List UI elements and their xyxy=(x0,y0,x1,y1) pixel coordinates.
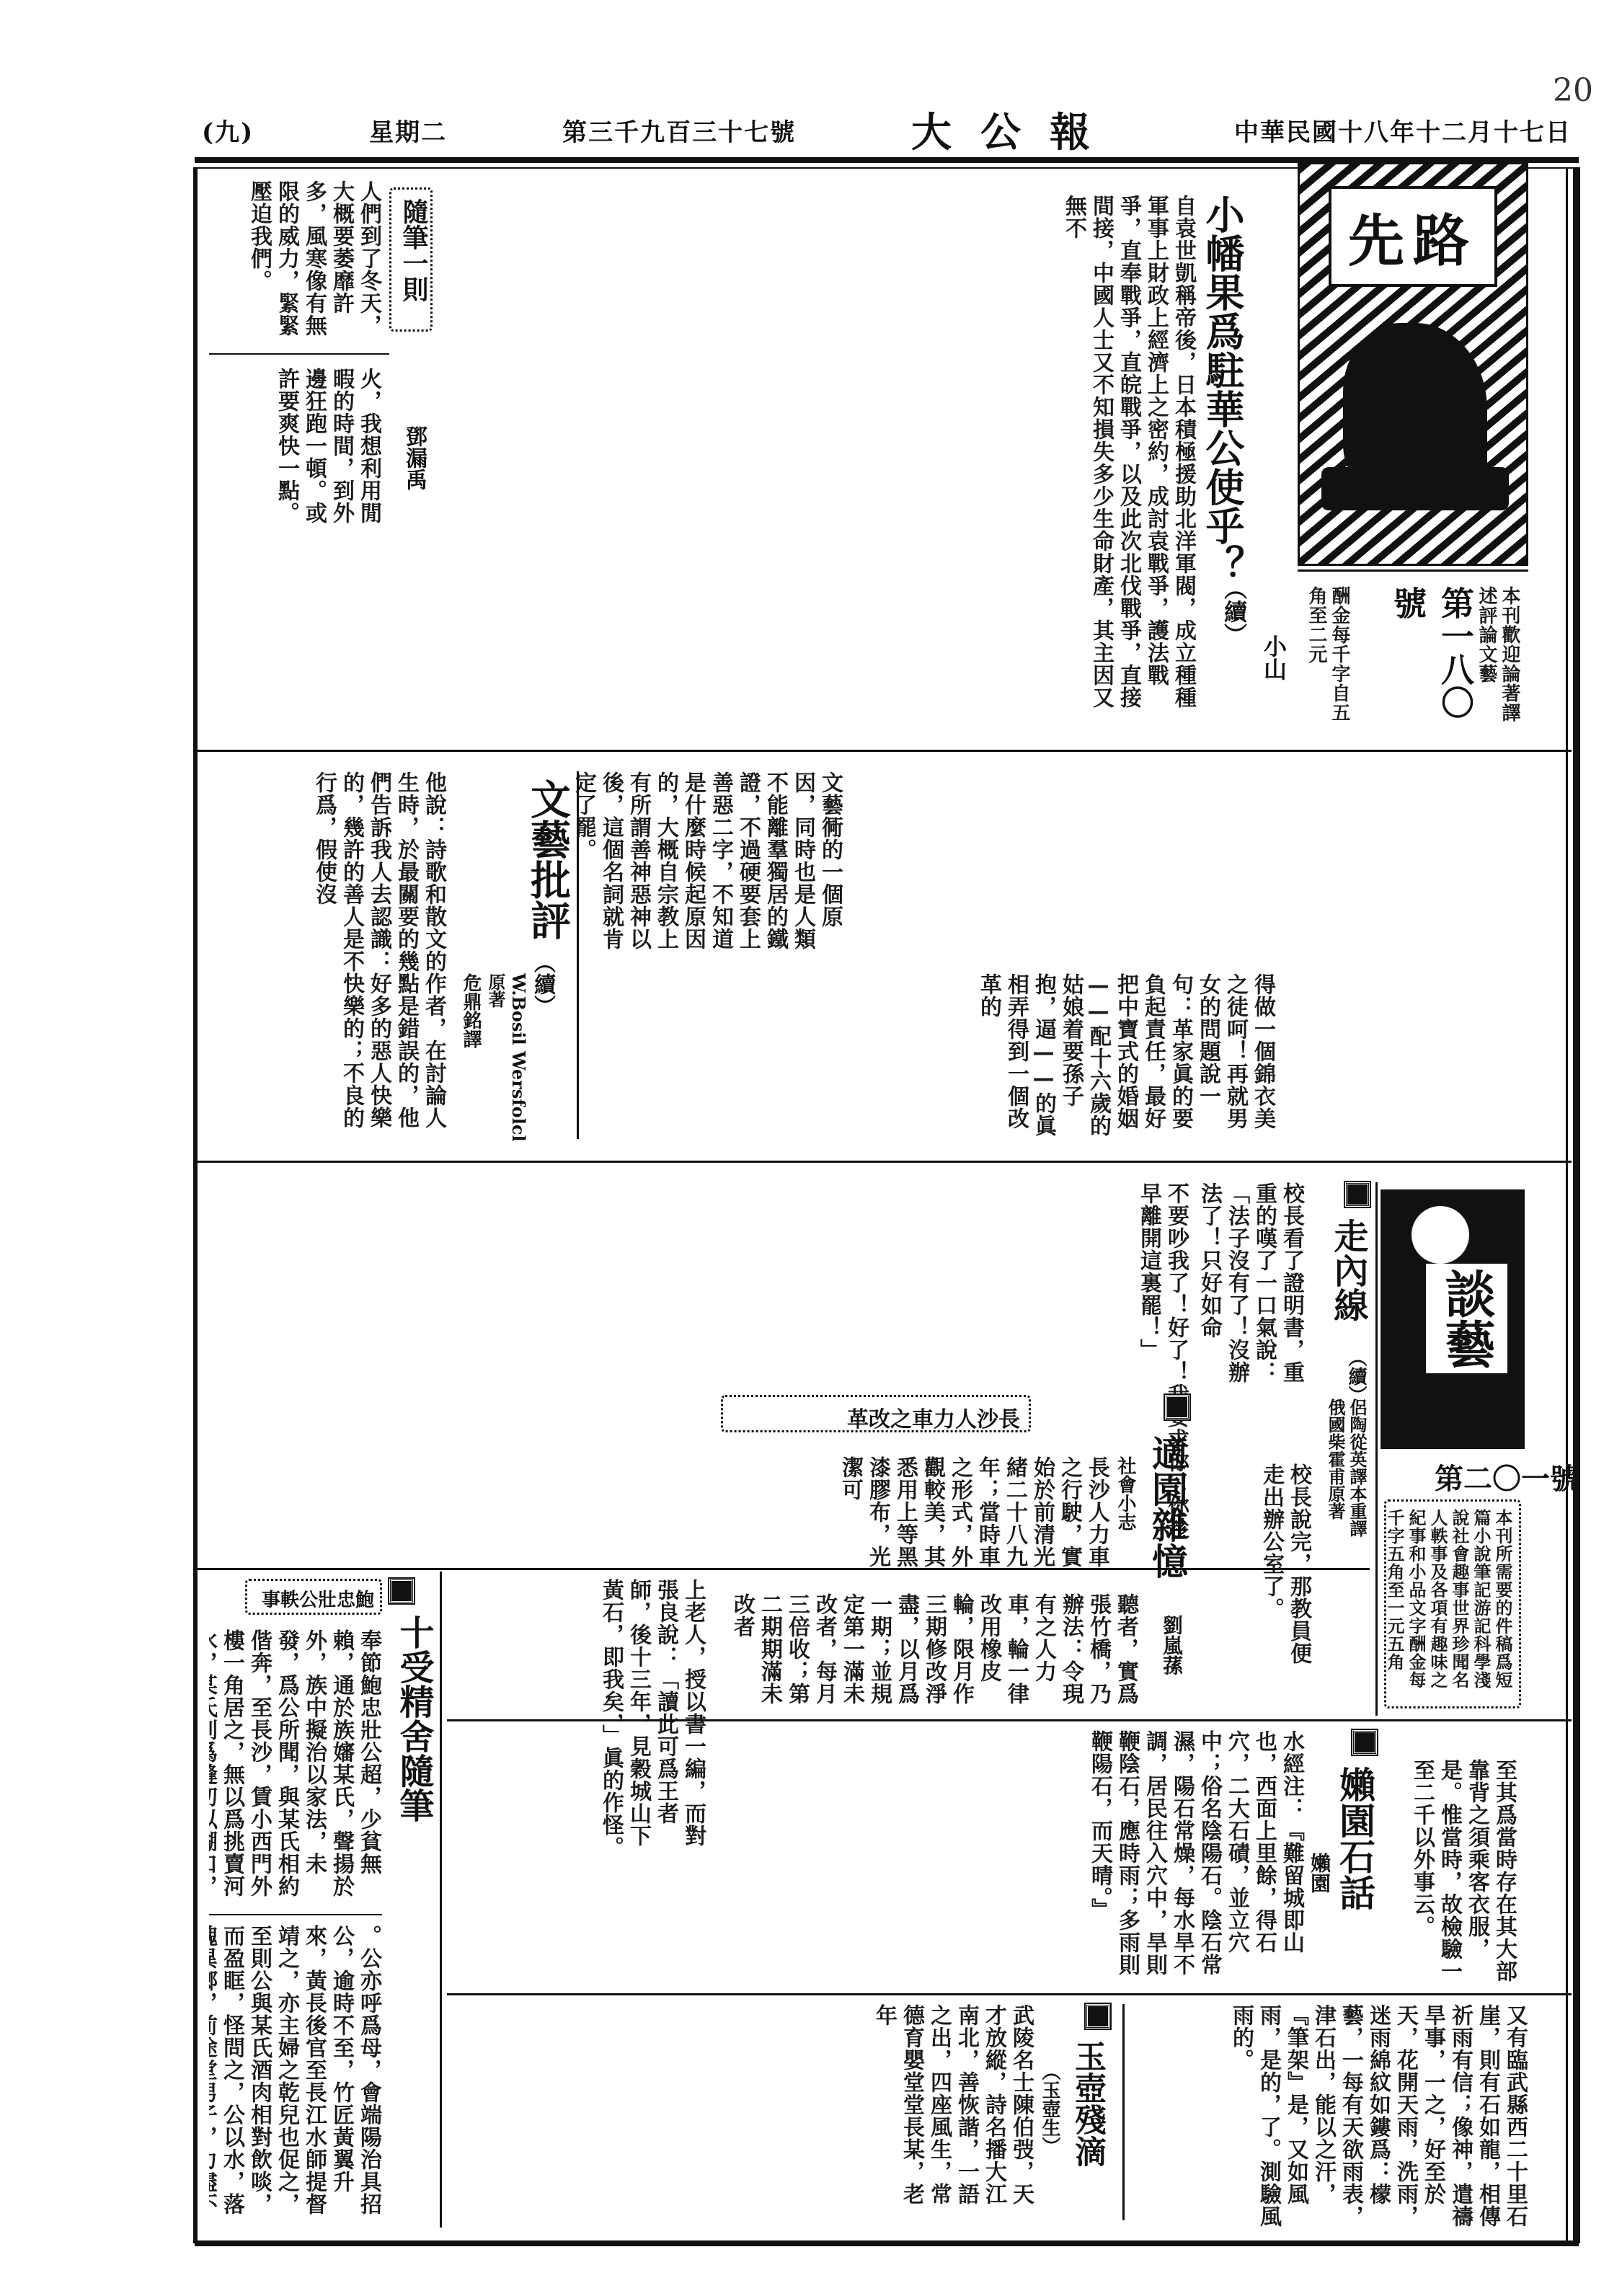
page-frame-right xyxy=(1573,167,1580,2243)
lanyuan-tail-text: 至其爲當時存在其大部靠背之須乘客衣服，是。惟當時，故檢驗一至二千以外事云。 xyxy=(1384,1759,1517,1990)
call-for-papers: 本刊歡迎論著譯述評論文藝 xyxy=(1475,586,1521,723)
wenyi-original-author: W.Bosil Wersfolcl原著 xyxy=(483,973,529,1153)
yuhu-body: 武陵名士陳伯弢，天才放縱，詩名播大江南北，善恢諧，一語之出，四座風生，常德育嬰堂… xyxy=(724,2004,1034,2220)
tanyi-call-box: 本刊所需要的件稿爲短篇小說筆記游記科學淺說社會趣事世界珍聞名人軼事及各項有趣味之… xyxy=(1384,1499,1521,1708)
yuhu-title: 玉壺殘滴 xyxy=(1064,2040,1110,2167)
shishou-title: 十受精舍隨筆 xyxy=(389,1615,439,1822)
page-frame-right-inner xyxy=(1566,167,1568,2243)
zounei-right-divider xyxy=(1375,1182,1378,1716)
horse-legs-icon xyxy=(1321,467,1509,510)
section-square-icon xyxy=(1345,1182,1370,1207)
face-icon xyxy=(1412,1206,1469,1264)
weekday: 星期二 xyxy=(369,112,447,148)
wenyi-translator: 危鼎銘譯 xyxy=(458,973,484,1048)
lanyuan-body-1: 水經注：『難留城即山也，西面上里餘，得石穴，二大石磧，並立穴中；俗名陰陽石。陰石… xyxy=(721,1730,1305,1982)
lanyuan-body-2: 又有臨武縣西二十里石崖，則有石如龍，相傳祈雨有信；像神，遣禱旱事，一之，好至於天… xyxy=(1132,2004,1528,2228)
issue-date: 中華民國十八年十二月十七日 xyxy=(1234,112,1572,148)
banner-title: 先路 xyxy=(1329,186,1497,287)
lower-band-divider xyxy=(447,1719,1572,1721)
page-frame-bottom xyxy=(195,2240,1579,2246)
essay-body-bottom: 火，我想利用閒暇的時間，到外邊狂跑一頓。或許要爽快一點。 xyxy=(209,368,382,533)
paper-name: 大公報 xyxy=(911,101,1119,159)
banner-info-box: 本刊歡迎論著譯述評論文藝 第一八〇號 酬金每千字自五角至二元 xyxy=(1298,569,1528,728)
shiyuan-subtitle-box: 長沙人力車之改革 xyxy=(721,1395,1031,1432)
lanyuan-tail: 至其爲當時存在其大部靠背之須乘客衣服，是。惟當時，故檢驗一至二千以外事云。 xyxy=(1384,1759,1521,1997)
essay-author: 鄧漏禹 xyxy=(398,425,430,490)
article-yuhu: 玉壺殘滴 （玉壺生） 武陵名士陳伯弢，天才放縱，詩名播大江南北，善恢諧，一語之出… xyxy=(714,1997,1125,2235)
shiyuan-title: 適園雜憶 xyxy=(1141,1435,1193,1579)
article-zounei: 走內線 （續） 俄國柴霍甫原著 侶陶從英譯本重譯 校長看了證明書，重重的嘆了一口… xyxy=(1197,1175,1377,1716)
tanyi-call-for-papers: 本刊所需要的件稿爲短篇小說筆記游記科學淺說社會趣事世界珍聞名人軼事及各項有趣味之… xyxy=(1384,1509,1513,1703)
tanyi-issue: 第二〇一號 xyxy=(1435,1456,1579,1497)
section-square-icon xyxy=(389,1579,414,1603)
shishou-subtitle: 鮑忠壯公軼事 xyxy=(247,1581,380,1615)
zounei-continued: （續） xyxy=(1343,1348,1370,1404)
shiyuan-section-tag: 社會小志 xyxy=(1112,1456,1139,1531)
section-square-icon xyxy=(1165,1395,1189,1419)
zounei-body-1: 校長看了證明書，重重的嘆了一口氣說：「法子沒有了！沒辦法了！只好如命罷！……你明… xyxy=(1197,1182,1305,1384)
shishou-right-divider xyxy=(440,1572,442,2228)
article-xiaofan: 小幡果爲駐華公使乎？ （續） 小山 自袁世凱稱帝後，日本積極援助北洋軍閥，成立種… xyxy=(209,173,1290,743)
page-section: (九) xyxy=(202,112,254,148)
payment-info: 酬金每千字自五角至二元 xyxy=(1305,586,1351,723)
banner-illustration-xianlu: 先路 xyxy=(1298,162,1528,566)
zounei-body-3: 校長說完，那教員便走出辦公室了。 xyxy=(1262,1463,1312,1665)
essay-body-top: 人們到了冬天，大概要萎靡許多，風寒像有無限的威力，緊緊壓迫我們。 xyxy=(209,180,382,346)
wenyi-title: 文藝批評 xyxy=(519,779,577,940)
article-title: 小幡果爲駐華公使乎？ xyxy=(1195,195,1251,584)
article-body: 自袁世凱稱帝後，日本積極援助北洋軍閥，成立種種軍事上財政上經濟上之密約，成討袁戰… xyxy=(360,195,1197,728)
section-square-icon xyxy=(1086,2004,1110,2029)
zounei-title: 走內線 xyxy=(1324,1218,1373,1322)
wenyi-divider xyxy=(577,771,579,1139)
yuhu-author: （玉壺生） xyxy=(1037,2062,1063,2155)
shiyuan-author: 劉嵐蓀 xyxy=(1157,1615,1186,1675)
page-number-marker: 20 xyxy=(1553,72,1593,109)
section-square-icon xyxy=(1352,1730,1377,1755)
essay-divider xyxy=(209,353,389,355)
wenyi-continued: （續） xyxy=(526,952,558,1016)
lower-band-divider-2 xyxy=(447,1993,1572,1995)
shiyuan-subtitle: 長沙人力車之改革 xyxy=(723,1397,1029,1432)
article-shiyuan: 適園雜憶 劉嵐蓀 社會小志 長沙人力車之行駛，實始於前清光緒二十八九年；當時車之… xyxy=(721,1391,1197,1716)
banner-illustration-tanyi: 談藝 xyxy=(1381,1189,1525,1449)
page-frame-left xyxy=(193,167,198,2243)
essay-title: 隨筆一則 xyxy=(391,190,433,311)
article-shishou: 十受精舍隨筆 鮑忠壯公軼事 奉節鮑忠壯公超，少貧無賴，通於族嬸某氏，聲揚於外，族… xyxy=(209,1572,714,2235)
lanyuan-author: 嬾園 xyxy=(1305,1853,1334,1893)
shishou-body-2: 。公亦呼爲母，會端陽治具招公，逾時不至，竹匠黃翼升來，黃長後官至長江水師提督靖之… xyxy=(209,1925,382,2220)
zounei-translator: 侶陶從英譯本重譯 xyxy=(1344,1399,1370,1537)
masthead: (九) 星期二 第三千九百三十七號 大公報 中華民國十八年十二月十七日 xyxy=(202,105,1572,155)
wenyi-body-c: 得做一個錦衣美之徒呵！再就男女的問題說一句：革家眞的要負起責任，最好把中寶式的婚… xyxy=(843,973,1276,1146)
lanyuan-title: 嬾園石話 xyxy=(1329,1766,1381,1910)
issue-number: 第三千九百三十七號 xyxy=(562,112,796,148)
yuhu-divider xyxy=(1122,2004,1125,2220)
article-wenyi: 文藝衕的一個原因，同時也是人類不能離羣獨居的鐵證，不過硬要套上善惡二字，不知道是… xyxy=(209,757,1290,1153)
article-lanyuan: 嬾園石話 嬾園 水經注：『難留城即山也，西面上里餘，得石穴，二大石磧，並立穴中；… xyxy=(714,1723,1384,1990)
tanyi-title: 談藝 xyxy=(1426,1264,1507,1373)
wenyi-body-main: 他說：詩歌和散文的作者，在討論人生時，於最關要的幾點是錯誤的，他們告訴我人去認識… xyxy=(209,771,447,1139)
shishou-continuation: 上老人，授以書一編，而對張良說：「讀此可爲王者師，後十三年，見穀城山下黃石，即我… xyxy=(454,1579,706,1867)
continued-mark: （續） xyxy=(1218,577,1251,646)
middle-band-divider xyxy=(195,1161,1572,1163)
shiyuan-body-2: 聽者，實爲張竹橋，乃辦法：令現有之人力車，輪一律改用橡皮輪，限月作三期修改淨盡，… xyxy=(735,1593,1139,1708)
shishou-body-1: 奉節鮑忠壯公超，少貧無賴，通於族嬸某氏，聲揚於外，族中擬治以家法，未發，爲公所聞… xyxy=(209,1629,382,1903)
article-author: 小山 xyxy=(1257,634,1290,681)
lanyuan-body-bottom: 又有臨武縣西二十里石崖，則有石如龍，相傳祈雨有信；像神，遣禱旱事，一之，好至於天… xyxy=(1125,1997,1528,2235)
shishou-subtitle-box: 鮑忠壯公軼事 xyxy=(245,1579,382,1615)
shiyuan-body-1: 長沙人力車之行駛，實始於前清光緒二十八九年；當時車之形式，外觀較美，其悉用上等黑… xyxy=(894,1456,1110,1579)
shishou-divider xyxy=(209,1914,382,1915)
top-band-divider xyxy=(195,750,1572,752)
essay-title-box: 隨筆一則 xyxy=(389,187,433,332)
banner-issue-number: 第一八〇號 xyxy=(1384,586,1479,728)
